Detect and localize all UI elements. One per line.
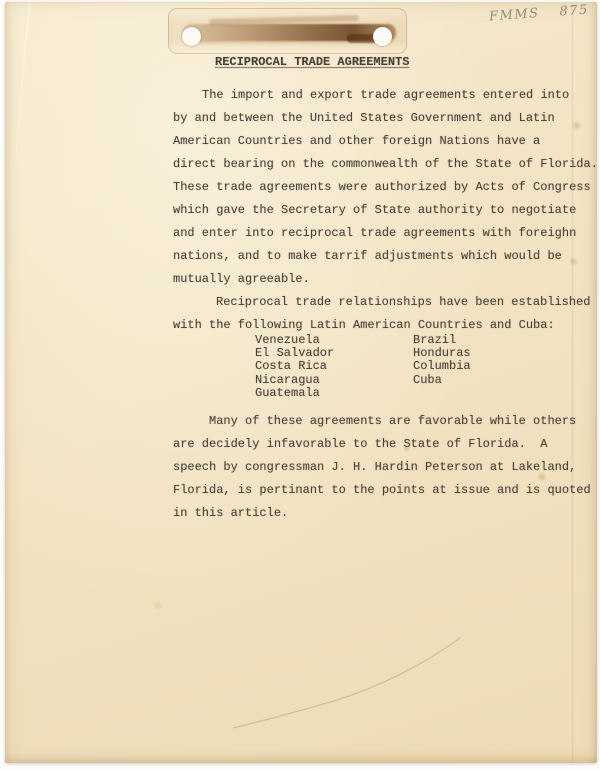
text-line: with the following Latin American Countr…: [173, 314, 598, 337]
body-text: Many of these agreements are favorable w…: [173, 410, 591, 525]
handwritten-number: 875: [559, 3, 589, 20]
foxing-spot: [153, 600, 163, 610]
text-line: American Countries and other foreign Nat…: [173, 130, 598, 153]
body-text: The import and export trade agreements e…: [173, 84, 598, 337]
punch-hole-right: [373, 27, 392, 46]
text-line: are decidely infavorable to the State of…: [173, 433, 591, 456]
text-line: direct bearing on the commonwealth of th…: [173, 153, 598, 176]
text-line: in this article.: [173, 502, 591, 525]
handwritten-annotation: FMMS 875: [489, 3, 590, 25]
text-line: Reciprocal trade relationships have been…: [173, 291, 598, 314]
country-item: Cuba: [413, 374, 471, 387]
paper-fold-line: [571, 2, 574, 763]
document-page: FMMS 875 RECIPROCAL TRADE AGREEMENTS The…: [5, 2, 597, 763]
text-line: The import and export trade agreements e…: [173, 84, 598, 107]
document-title: RECIPROCAL TRADE AGREEMENTS: [215, 55, 409, 69]
text-line: speech by congressman J. H. Hardin Peter…: [173, 456, 591, 479]
text-line: These trade agreements were authorized b…: [173, 176, 598, 199]
handwritten-code: FMMS: [489, 6, 540, 24]
text-line: mutually agreeable.: [173, 268, 598, 291]
text-line: Many of these agreements are favorable w…: [173, 410, 591, 433]
punch-hole-left: [182, 27, 201, 46]
country-item: Costa Rica: [255, 360, 334, 373]
country-list-left: Venezuela El Salvador Costa Rica Nicarag…: [255, 334, 334, 400]
text-line: which gave the Secretary of State author…: [173, 199, 598, 222]
text-line: Florida, is pertinant to the points at i…: [173, 479, 591, 502]
text-line: by and between the United States Governm…: [173, 107, 598, 130]
text-line: and enter into reciprocal trade agreemen…: [173, 222, 598, 245]
country-item: Nicaragua: [255, 374, 334, 387]
country-item: Columbia: [413, 360, 471, 373]
country-item: Guatemala: [255, 387, 334, 400]
text-line: nations, and to make tarrif adjustments …: [173, 245, 598, 268]
rust-stain: [168, 8, 407, 54]
paper-fold-line: [9, 0, 31, 224]
country-list-right: Brazil Honduras Columbia Cuba: [413, 334, 471, 387]
